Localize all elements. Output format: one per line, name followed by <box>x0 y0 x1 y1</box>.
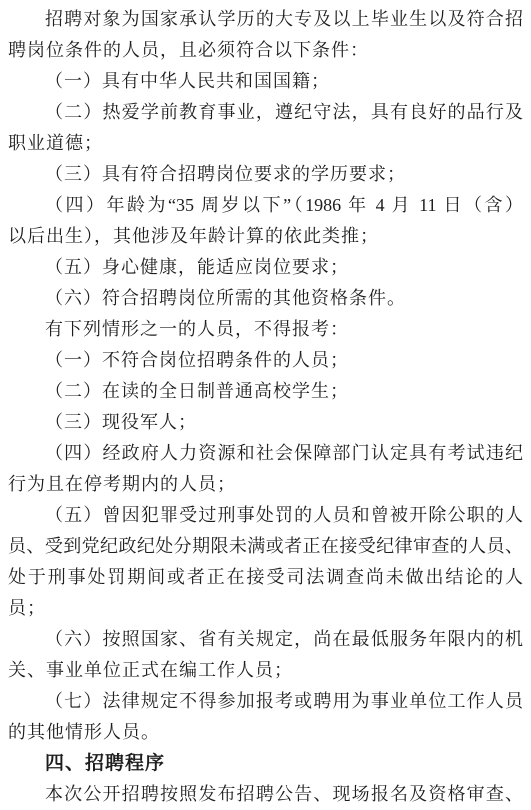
text-line: （二）热爱学前教育事业，遵纪守法，具有良好的品行及 <box>8 97 523 128</box>
document-page: 招聘对象为国家承认学历的大专及以上毕业生以及符合招聘岗位条件的人员，且必须符合以… <box>0 0 531 810</box>
text-line: （六）符合招聘岗位所需的其他资格条件。 <box>8 283 523 314</box>
text-line: 本次公开招聘按照发布招聘公告、现场报名及资格审查、 <box>8 779 523 810</box>
text-line: 处于刑事处罚期间或者正在接受司法调查尚未做出结论的人 <box>8 562 523 593</box>
text-line: 行为且在停考期内的人员； <box>8 469 523 500</box>
text-line: 有下列情形之一的人员，不得报考： <box>8 314 523 345</box>
text-line: （一）不符合岗位招聘条件的人员； <box>8 345 523 376</box>
text-line: （七）法律规定不得参加报考或聘用为事业单位工作人员 <box>8 686 523 717</box>
text-line: （六）按照国家、省有关规定，尚在最低服务年限内的机 <box>8 624 523 655</box>
text-line: 员； <box>8 593 523 624</box>
text-line: 关、事业单位正式在编工作人员； <box>8 655 523 686</box>
text-line: （四）经政府人力资源和社会保障部门认定具有考试违纪 <box>8 438 523 469</box>
text-line: 以后出生），其他涉及年龄计算的依此类推； <box>8 221 523 252</box>
section-heading: 四、招聘程序 <box>8 748 523 779</box>
text-line: 的其他情形人员。 <box>8 717 523 748</box>
text-line: （三）现役军人； <box>8 407 523 438</box>
text-line: （五）身心健康，能适应岗位要求； <box>8 252 523 283</box>
document-body: 招聘对象为国家承认学历的大专及以上毕业生以及符合招聘岗位条件的人员，且必须符合以… <box>8 4 523 810</box>
text-line: （四）年龄为“35 周岁以下”（1986 年 4 月 11 日（含） <box>8 190 523 221</box>
text-line: （三）具有符合招聘岗位要求的学历要求； <box>8 159 523 190</box>
text-line: （一）具有中华人民共和国国籍； <box>8 66 523 97</box>
text-line: （五）曾因犯罪受过刑事处罚的人员和曾被开除公职的人 <box>8 500 523 531</box>
text-line: 招聘对象为国家承认学历的大专及以上毕业生以及符合招 <box>8 4 523 35</box>
text-line: （二）在读的全日制普通高校学生； <box>8 376 523 407</box>
text-line: 员、受到党纪政纪处分期限未满或者正在接受纪律审查的人员、 <box>8 531 523 562</box>
text-line: 聘岗位条件的人员，且必须符合以下条件： <box>8 35 523 66</box>
text-line: 职业道德； <box>8 128 523 159</box>
